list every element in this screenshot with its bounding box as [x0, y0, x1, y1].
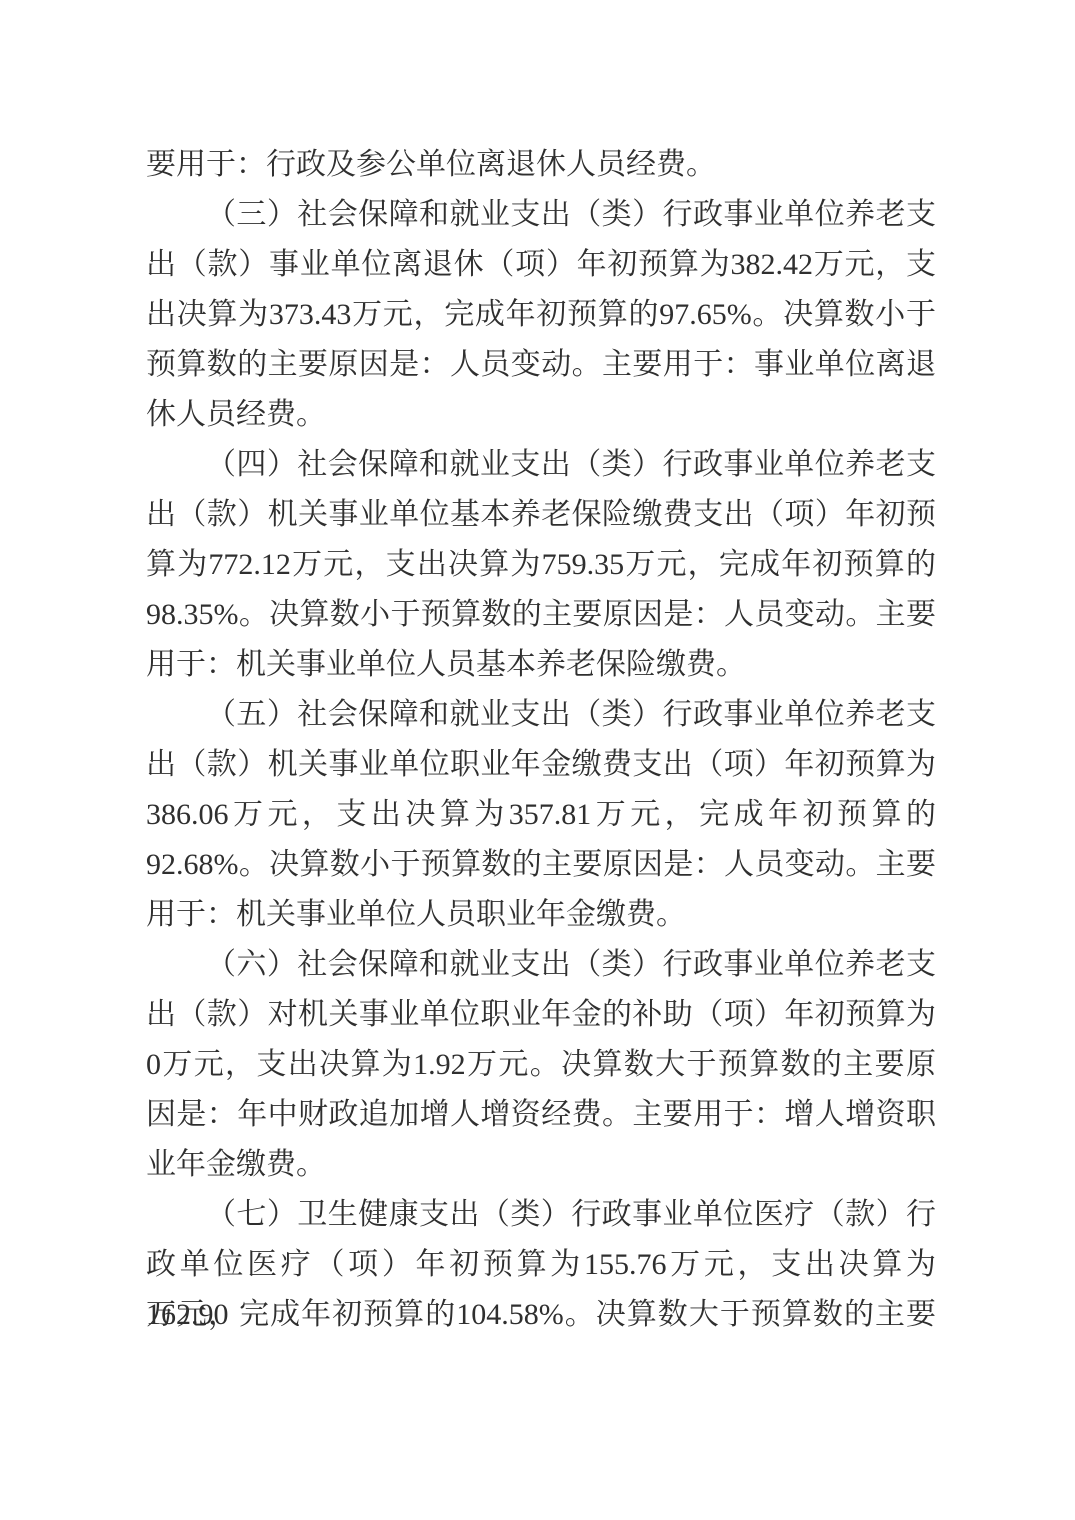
text-line: （五）社会保障和就业支出（类）行政事业单位养老支: [146, 690, 936, 740]
document-page: 要用于：行政及参公单位离退休人员经费。（三）社会保障和就业支出（类）行政事业单位…: [0, 0, 1075, 1520]
text-line: 0万元，支出决算为1.92万元。决算数大于预算数的主要原: [146, 1040, 936, 1090]
text-line: （四）社会保障和就业支出（类）行政事业单位养老支: [146, 440, 936, 490]
text-line: 算为772.12万元，支出决算为759.35万元，完成年初预算的: [146, 540, 936, 590]
text-line: 用于：机关事业单位人员职业年金缴费。: [146, 890, 936, 940]
text-line: 出（款）对机关事业单位职业年金的补助（项）年初预算为: [146, 990, 936, 1040]
text-line: （七）卫生健康支出（类）行政事业单位医疗（款）行: [146, 1190, 936, 1240]
text-line: 政单位医疗（项）年初预算为155.76万元，支出决算为162.90: [146, 1240, 936, 1290]
text-line: 出（款）事业单位离退休（项）年初预算为382.42万元，支: [146, 240, 936, 290]
text-line: 休人员经费。: [146, 390, 936, 440]
text-line: （三）社会保障和就业支出（类）行政事业单位养老支: [146, 190, 936, 240]
text-line: 用于：机关事业单位人员基本养老保险缴费。: [146, 640, 936, 690]
text-line: 业年金缴费。: [146, 1140, 936, 1190]
text-line: 万元，完成年初预算的104.58%。决算数大于预算数的主要: [146, 1290, 936, 1340]
text-line: 386.06万元，支出决算为357.81万元，完成年初预算的: [146, 790, 936, 840]
text-line: 出（款）机关事业单位职业年金缴费支出（项）年初预算为: [146, 740, 936, 790]
text-line: 预算数的主要原因是：人员变动。主要用于：事业单位离退: [146, 340, 936, 390]
text-line: 要用于：行政及参公单位离退休人员经费。: [146, 140, 936, 190]
text-block: 要用于：行政及参公单位离退休人员经费。（三）社会保障和就业支出（类）行政事业单位…: [146, 140, 936, 1340]
text-line: （六）社会保障和就业支出（类）行政事业单位养老支: [146, 940, 936, 990]
text-line: 出决算为373.43万元，完成年初预算的97.65%。决算数小于: [146, 290, 936, 340]
text-line: 出（款）机关事业单位基本养老保险缴费支出（项）年初预: [146, 490, 936, 540]
text-line: 92.68%。决算数小于预算数的主要原因是：人员变动。主要: [146, 840, 936, 890]
text-line: 因是：年中财政追加增人增资经费。主要用于：增人增资职: [146, 1090, 936, 1140]
text-line: 98.35%。决算数小于预算数的主要原因是：人员变动。主要: [146, 590, 936, 640]
